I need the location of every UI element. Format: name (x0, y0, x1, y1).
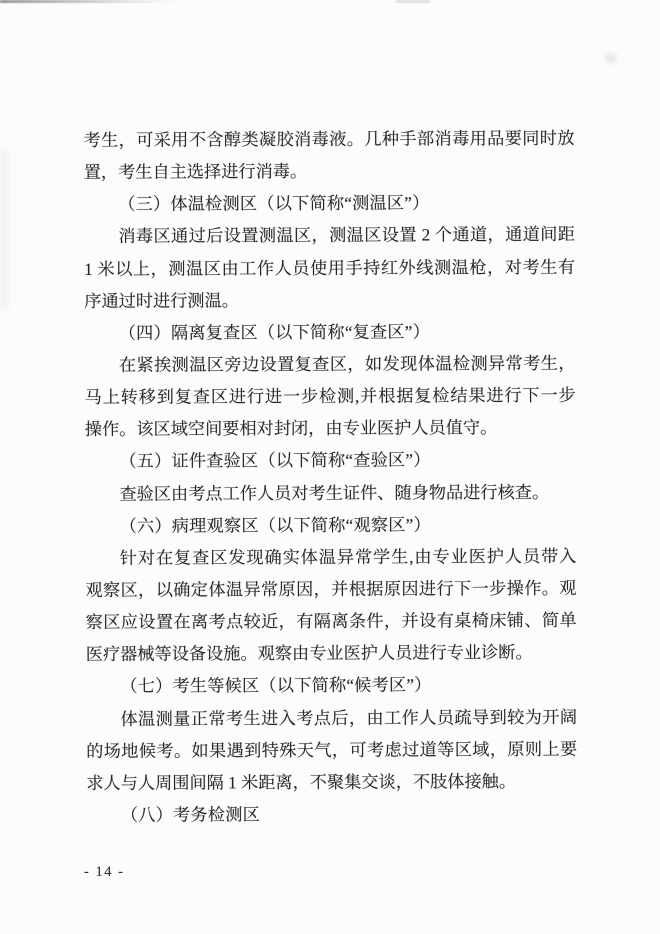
body-text-line: 求人与人周围间隔 1 米距离，不聚集交谈，不肢体接触。 (86, 766, 577, 800)
scan-smudge-top-left (0, 0, 178, 3)
document-text-block: 考生，可采用不含醇类凝胶消毒液。几种手部消毒用品要同时放置，考生自主选择进行消毒… (83, 123, 577, 832)
body-text-line: 在紧挨测温区旁边设置复查区，如发现体温检测异常考生， (84, 348, 575, 382)
body-text-line: 的场地候考。如果遇到特殊天气，可考虑过道等区域，原则上要 (86, 734, 577, 768)
section-heading-line: （八）考务检测区 (86, 798, 577, 832)
scan-smudge-top-middle (396, 0, 430, 3)
body-text-line: 消毒区通过后设置测温区，测温区设置 2 个通道，通道间距 (84, 219, 575, 253)
body-text-line: 观察区，以确定体温异常原因，并根据原因进行下一步操作。观 (85, 573, 576, 607)
section-heading-line: （五）证件查验区（以下简称“查验区”） (85, 444, 576, 478)
scan-speck-right (602, 50, 620, 66)
body-text-line: 针对在复查区发现确实体温异常学生,由专业医护人员带入 (85, 541, 576, 575)
body-text-line: 马上转移到复查区进行进一步检测,并根据复检结果进行下一步 (85, 380, 576, 414)
section-heading-line: （七）考生等候区（以下简称“候考区”） (86, 669, 577, 703)
scan-shadow-left-edge (0, 150, 9, 310)
scanned-document-page: 考生，可采用不含醇类凝胶消毒液。几种手部消毒用品要同时放置，考生自主选择进行消毒… (0, 0, 660, 934)
body-text-line: 置，考生自主选择进行消毒。 (84, 155, 575, 189)
page-number: - 14 - (84, 864, 124, 881)
section-heading-line: （六）病理观察区（以下简称“观察区”） (85, 509, 576, 543)
section-heading-line: （四）隔离复查区（以下简称“复查区”） (84, 316, 575, 350)
body-text-line: 体温测量正常考生进入考点后，由工作人员疏导到较为开阔 (86, 701, 577, 735)
body-text-line: 考生，可采用不含醇类凝胶消毒液。几种手部消毒用品要同时放 (83, 123, 574, 157)
body-text-line: 1 米以上，测温区由工作人员使用手持红外线测温枪，对考生有 (84, 251, 575, 285)
body-text-line: 医疗器械等设备设施。观察由专业医护人员进行专业诊断。 (86, 637, 577, 671)
body-text-line: 序通过时进行测温。 (84, 284, 575, 318)
section-heading-line: （三）体温检测区（以下简称“测温区”） (84, 187, 575, 221)
body-text-line: 察区应设置在离考点较近，有隔离条件，并设有桌椅床铺、简单 (86, 605, 577, 639)
body-text-line: 操作。该区域空间要相对封闭，由专业医护人员值守。 (85, 412, 576, 446)
body-text-line: 查验区由考点工作人员对考生证件、随身物品进行核查。 (85, 476, 576, 510)
